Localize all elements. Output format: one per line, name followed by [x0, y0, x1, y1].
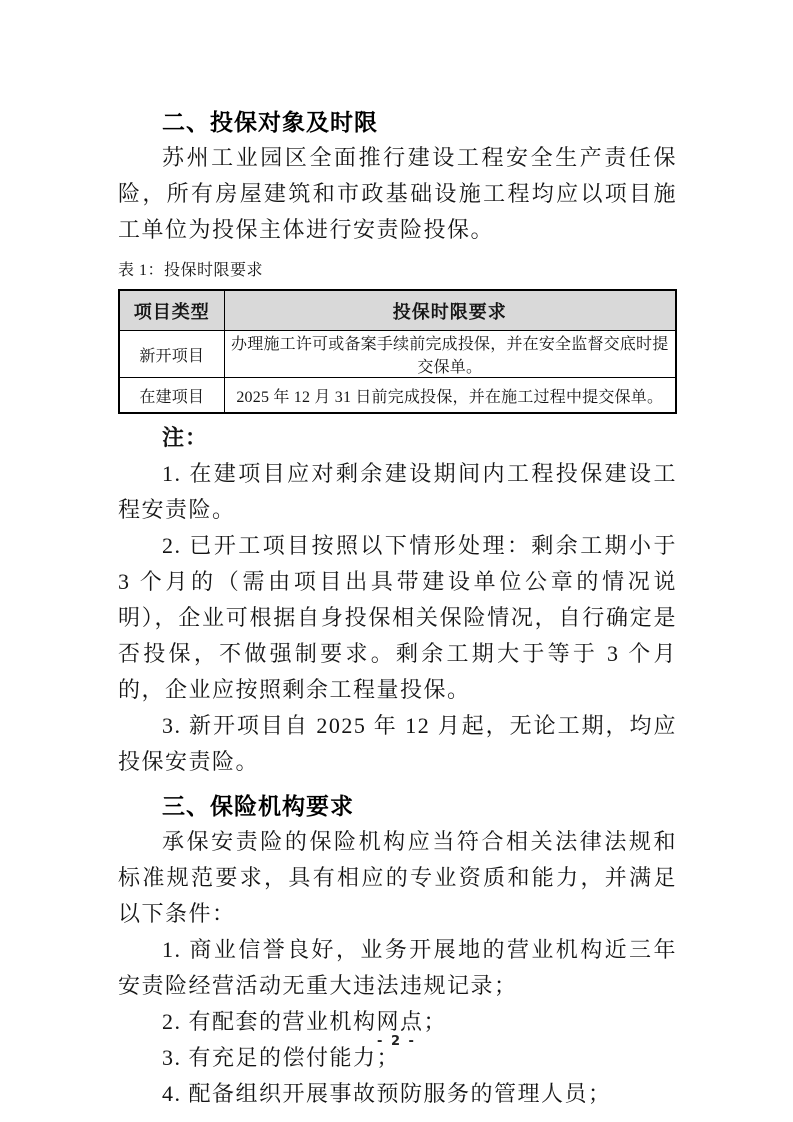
section3-heading: 三、保险机构要求 [118, 788, 677, 824]
deadline-requirement-header: 投保时限要求 [224, 290, 676, 331]
project-type-cell: 在建项目 [119, 378, 224, 414]
table-caption: 表 1：投保时限要求 [118, 261, 677, 281]
condition-item-1: 1. 商业信誉良好，业务开展地的营业机构近三年安责险经营活动无重大违法违规记录； [118, 932, 677, 1004]
table-row: 新开项目 办理施工许可或备案手续前完成投保，并在安全监督交底时提交保单。 [119, 331, 676, 378]
project-type-cell: 新开项目 [119, 331, 224, 378]
notes-label: 注： [118, 420, 677, 456]
document-page: 二、投保对象及时限 苏州工业园区全面推行建设工程安全生产责任保险，所有房屋建筑和… [0, 0, 793, 1122]
page-number: - 2 - [0, 1034, 793, 1049]
note-item-1: 1. 在建项目应对剩余建设期间内工程投保建设工程安责险。 [118, 456, 677, 528]
section3-paragraph: 承保安责险的保险机构应当符合相关法律法规和标准规范要求，具有相应的专业资质和能力… [118, 824, 677, 932]
requirement-cell: 2025 年 12 月 31 日前完成投保，并在施工过程中提交保单。 [224, 378, 676, 414]
condition-item-4: 4. 配备组织开展事故预防服务的管理人员； [118, 1076, 677, 1112]
page-content: 二、投保对象及时限 苏州工业园区全面推行建设工程安全生产责任保险，所有房屋建筑和… [118, 104, 677, 1112]
note-item-2: 2. 已开工项目按照以下情形处理：剩余工期小于 3 个月的（需由项目出具带建设单… [118, 528, 677, 708]
section2-paragraph: 苏州工业园区全面推行建设工程安全生产责任保险，所有房屋建筑和市政基础设施工程均应… [118, 140, 677, 248]
section2-heading: 二、投保对象及时限 [118, 104, 677, 140]
project-type-header: 项目类型 [119, 290, 224, 331]
table-header-row: 项目类型 投保时限要求 [119, 290, 676, 331]
insurance-deadline-table: 项目类型 投保时限要求 新开项目 办理施工许可或备案手续前完成投保，并在安全监督… [118, 289, 677, 414]
note-item-3: 3. 新开项目自 2025 年 12 月起，无论工期，均应投保安责险。 [118, 708, 677, 780]
table-row: 在建项目 2025 年 12 月 31 日前完成投保，并在施工过程中提交保单。 [119, 378, 676, 414]
requirement-cell: 办理施工许可或备案手续前完成投保，并在安全监督交底时提交保单。 [224, 331, 676, 378]
